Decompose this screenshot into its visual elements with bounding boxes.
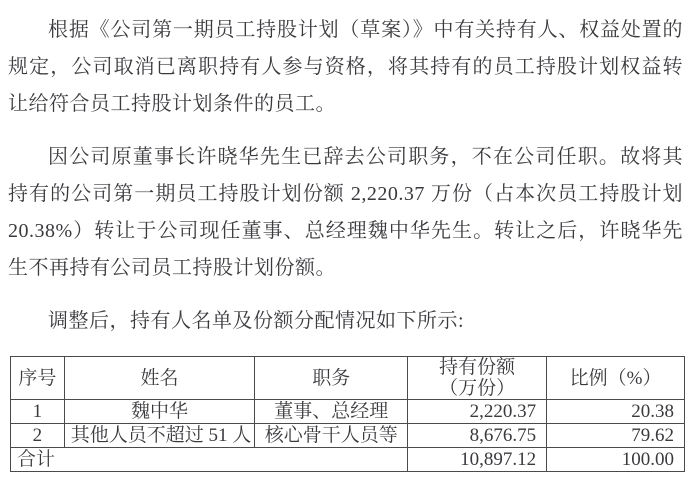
cell-shares: 2,220.37 — [408, 400, 547, 424]
col-header-shares-line2: （万份） — [439, 378, 515, 399]
table-total-row: 合计 10,897.12 100.00 — [11, 448, 685, 472]
holders-allocation-table: 序号 姓名 职务 持有份额（万份） 比例（%） 1 魏中华 董事、总经理 2,2… — [10, 356, 685, 472]
cell-no: 2 — [11, 424, 65, 448]
cell-no: 1 — [11, 400, 65, 424]
cell-total-shares: 10,897.12 — [408, 448, 547, 472]
table-row: 2 其他人员不超过 51 人 核心骨干人员等 8,676.75 79.62 — [11, 424, 685, 448]
col-header-ratio: 比例（%） — [547, 357, 685, 400]
document-page: 根据《公司第一期员工持股计划（草案）》中有关持有人、权益处置的规定，公司取消已离… — [0, 0, 691, 480]
col-header-shares: 持有份额（万份） — [408, 357, 547, 400]
cell-name: 魏中华 — [64, 400, 255, 424]
cell-title: 董事、总经理 — [255, 400, 408, 424]
cell-total-ratio: 100.00 — [547, 448, 685, 472]
cell-ratio: 79.62 — [547, 424, 685, 448]
table-row: 1 魏中华 董事、总经理 2,220.37 20.38 — [11, 400, 685, 424]
paragraph-rule-basis: 根据《公司第一期员工持股计划（草案）》中有关持有人、权益处置的规定，公司取消已离… — [8, 12, 683, 123]
cell-ratio: 20.38 — [547, 400, 685, 424]
cell-name: 其他人员不超过 51 人 — [64, 424, 255, 448]
cell-total-label: 合计 — [11, 448, 408, 472]
paragraph-transfer-detail: 因公司原董事长许晓华先生已辞去公司职务，不在公司任职。故将其持有的公司第一期员工… — [8, 139, 683, 287]
col-header-title: 职务 — [255, 357, 408, 400]
col-header-name: 姓名 — [64, 357, 255, 400]
cell-title: 核心骨干人员等 — [255, 424, 408, 448]
cell-shares: 8,676.75 — [408, 424, 547, 448]
paragraph-table-intro: 调整后，持有人名单及份额分配情况如下所示: — [8, 303, 683, 340]
col-header-shares-line1: 持有份额 — [439, 357, 515, 378]
table-header-row: 序号 姓名 职务 持有份额（万份） 比例（%） — [11, 357, 685, 400]
col-header-no: 序号 — [11, 357, 65, 400]
